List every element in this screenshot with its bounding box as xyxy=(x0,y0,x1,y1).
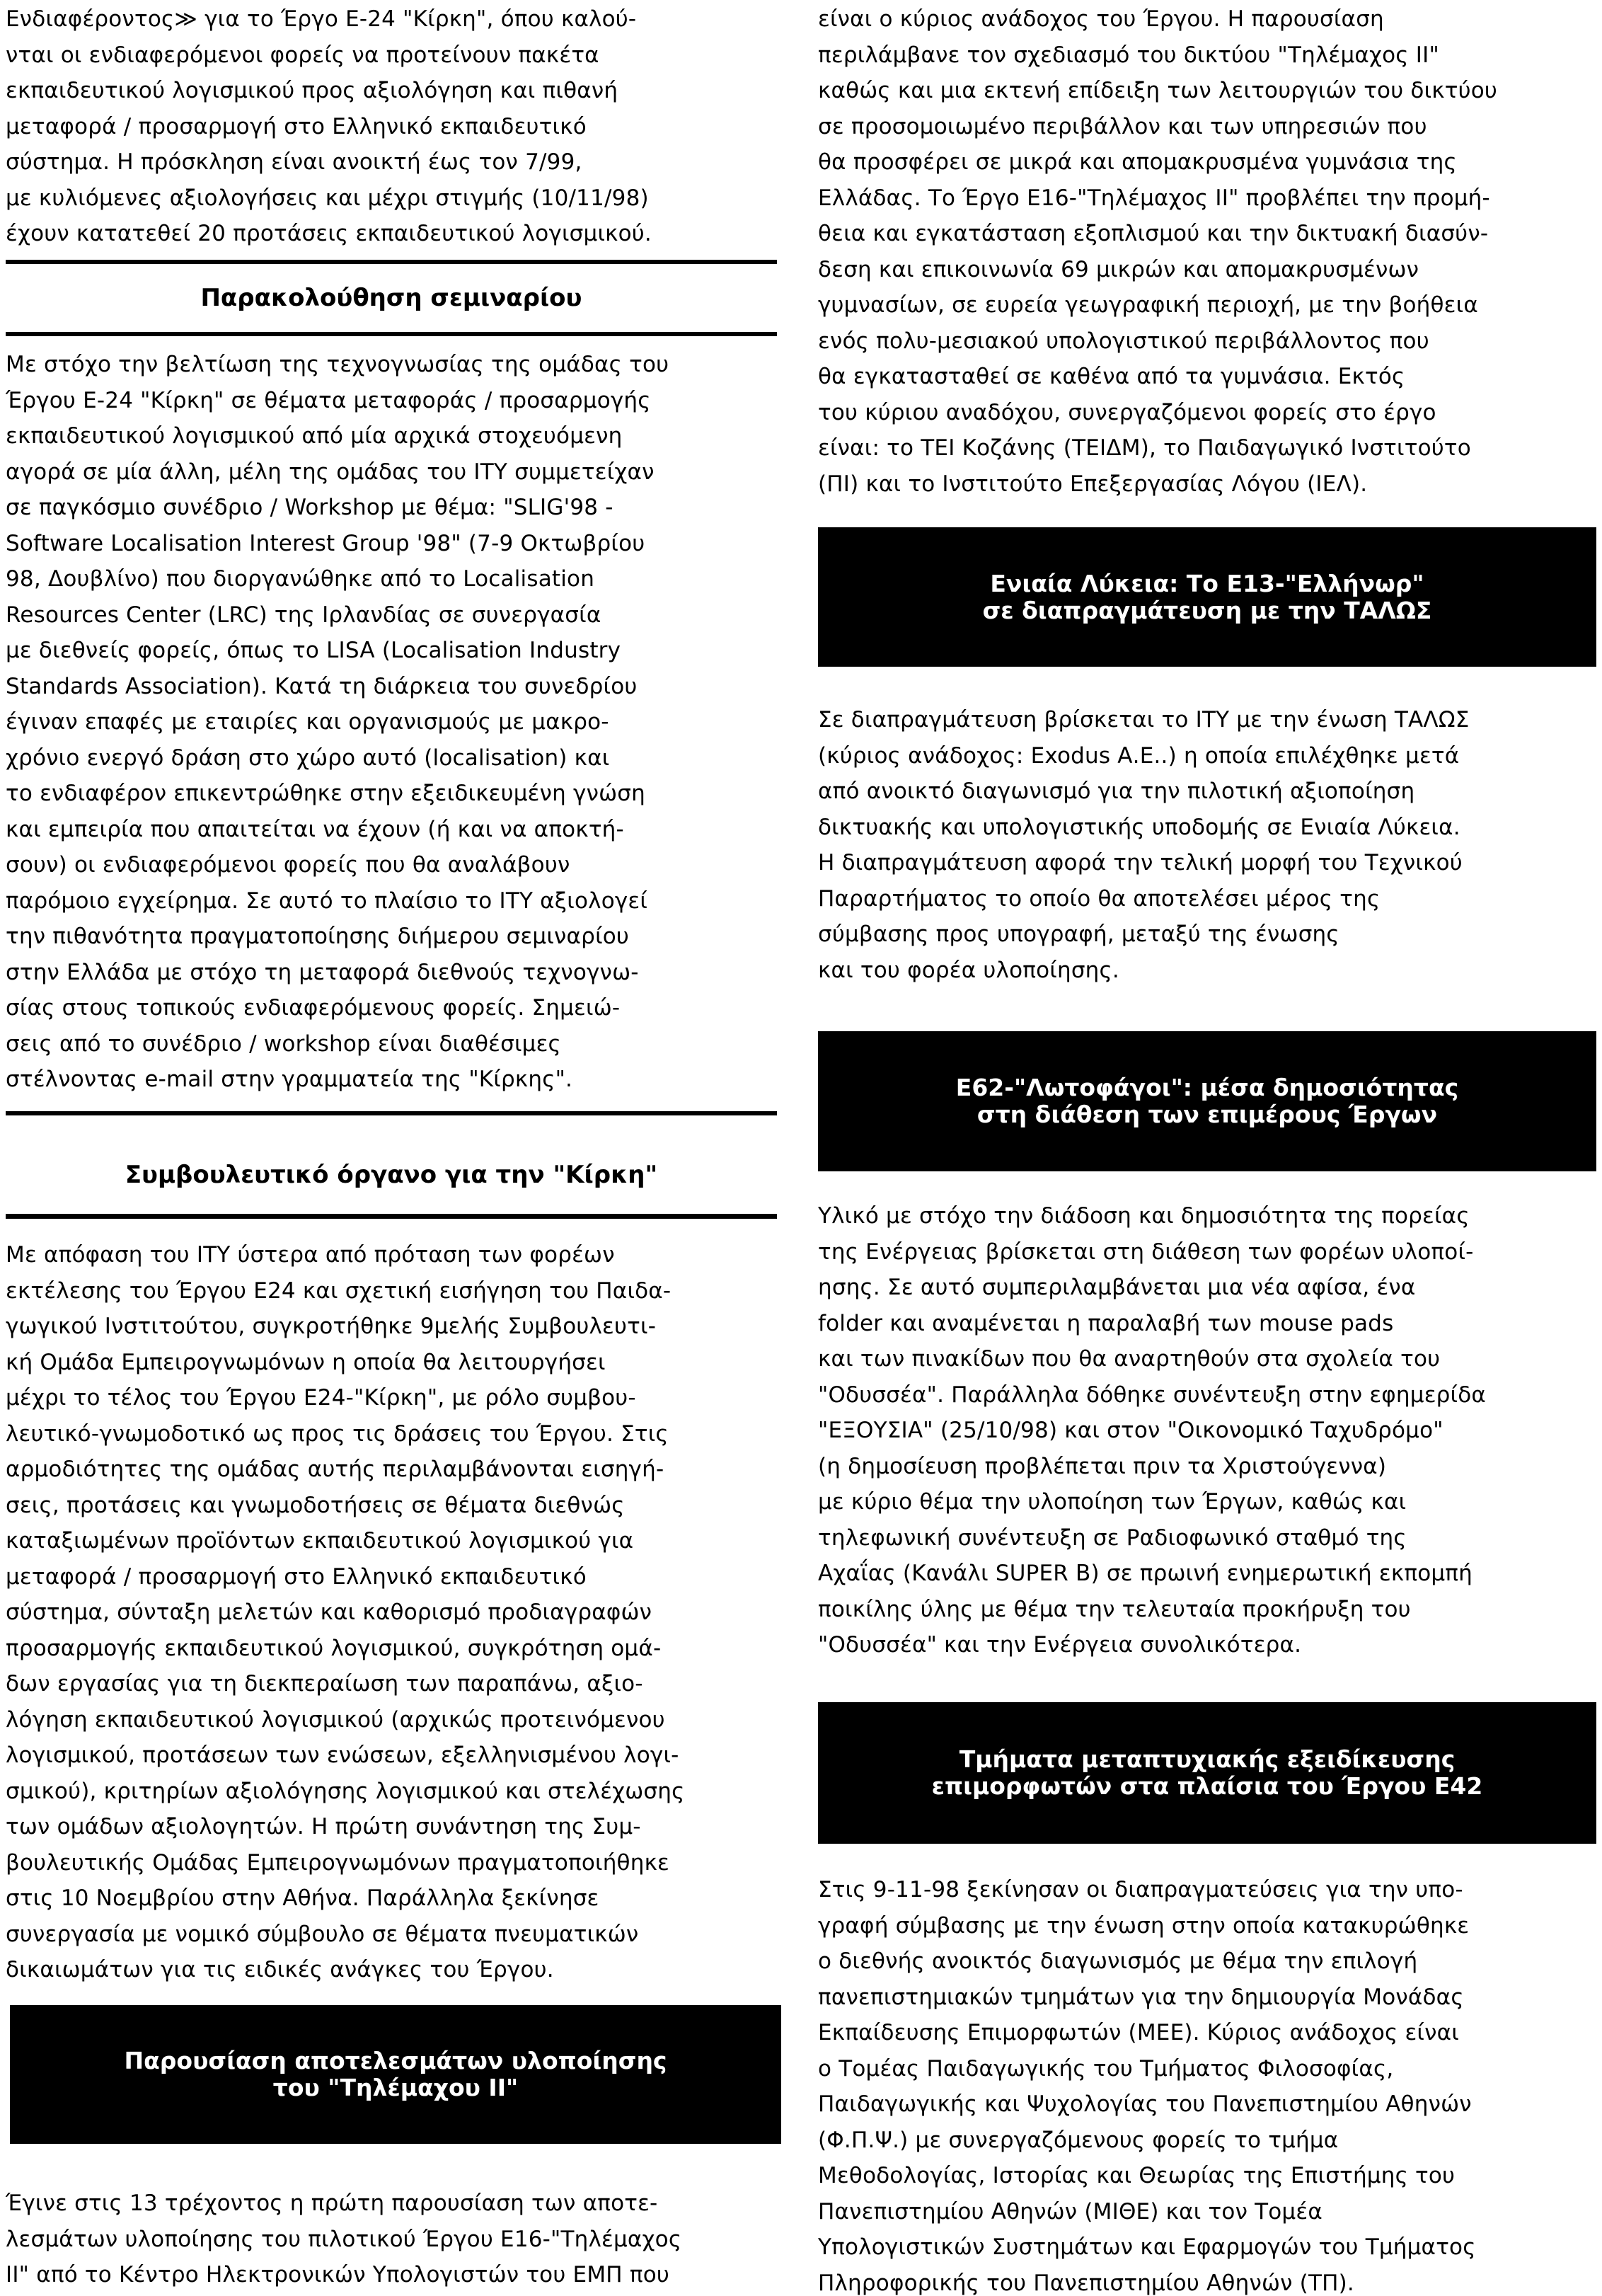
text-line: ποικίλης ύλης με θέμα την τελευταία προκ… xyxy=(818,1592,1596,1628)
text-line: δικαιωμάτων για τις ειδικές ανάγκες του … xyxy=(6,1952,777,1988)
text-line: δικτυακής και υπολογιστικής υποδομής σε … xyxy=(818,810,1596,846)
text-line: μεταφορά / προσαρμογή στο Ελληνικό εκπαι… xyxy=(6,1559,777,1595)
text-line: με διεθνείς φορείς, όπως το LISA (Locali… xyxy=(6,633,777,669)
text-line: λευτικό-γνωμοδοτικό ως προς τις δράσεις … xyxy=(6,1416,777,1452)
text-line: καθώς και μια εκτενή επίδειξη των λειτου… xyxy=(818,73,1596,109)
text-line: μεταφορά / προσαρμογή στο Ελληνικό εκπαι… xyxy=(6,109,777,145)
text-line: χρόνιο ενεργό δράση στο χώρο αυτό (local… xyxy=(6,740,777,776)
text-line: αγορά σε μία άλλη, μέλη της ομάδας του Ι… xyxy=(6,454,777,490)
text-line: folder και αναμένεται η παραλαβή των mou… xyxy=(818,1306,1596,1342)
text-line: είναι: το ΤΕΙ Κοζάνης (ΤΕΙΔΜ), το Παιδαγ… xyxy=(818,430,1596,466)
text-line: του κύριου αναδόχου, συνεργαζόμενοι φορε… xyxy=(818,395,1596,431)
section-heading-text: Τμήματα μεταπτυχιακής εξειδίκευσης xyxy=(818,1746,1596,1773)
text-line: Παραρτήματος το οποίο θα αποτελέσει μέρο… xyxy=(818,881,1596,917)
seminar-paragraph: Με στόχο την βελτίωση της τεχνογνωσίας τ… xyxy=(6,347,777,1098)
text-line: λόγηση εκπαιδευτικού λογισμικού (αρχικώς… xyxy=(6,1702,777,1738)
text-line: και εμπειρία που απαιτείται να έχουν (ή … xyxy=(6,812,777,848)
text-line: έχουν κατατεθεί 20 προτάσεις εκπαιδευτικ… xyxy=(6,216,777,252)
text-line: στις 10 Νοεμβρίου στην Αθήνα. Παράλληλα … xyxy=(6,1881,777,1917)
text-line: Resources Center (LRC) της Ιρλανδίας σε … xyxy=(6,597,777,633)
text-line: το ενδιαφέρον επικεντρώθηκε στην εξειδικ… xyxy=(6,776,777,812)
text-line: της Ενέργειας βρίσκεται στη διάθεση των … xyxy=(818,1234,1596,1270)
text-line: (ΠΙ) και το Ινστιτούτο Επεξεργασίας Λόγο… xyxy=(818,466,1596,503)
text-line: ΙΙ" από το Κέντρο Ηλεκτρονικών Υπολογιστ… xyxy=(6,2257,777,2293)
text-line: πανεπιστημιακών τμημάτων για την δημιουρ… xyxy=(818,1980,1596,2016)
text-line: γραφή σύμβασης με την ένωση στην οποία κ… xyxy=(818,1908,1596,1944)
text-line: "Οδυσσέα". Παράλληλα δόθηκε συνέντευξη σ… xyxy=(818,1377,1596,1413)
text-line: νται οι ενδιαφερόμενοι φορείς να προτείν… xyxy=(6,38,777,74)
text-line: παρόμοιο εγχείρημα. Σε αυτό το πλαίσιο τ… xyxy=(6,883,777,919)
text-line: την πιθανότητα πραγματοποίησης διήμερου … xyxy=(6,919,777,955)
text-line: θα προσφέρει σε μικρά και απομακρυσμένα … xyxy=(818,144,1596,180)
text-line: είναι ο κύριος ανάδοχος του Έργου. Η παρ… xyxy=(818,1,1596,38)
text-line: Στις 9-11-98 ξεκίνησαν οι διαπραγματεύσε… xyxy=(818,1872,1596,1908)
text-line: περιλάμβανε τον σχεδιασμό του δικτύου "Τ… xyxy=(818,38,1596,74)
text-line: δεση και επικοινωνία 69 μικρών και απομα… xyxy=(818,252,1596,288)
text-line: Με στόχο την βελτίωση της τεχνογνωσίας τ… xyxy=(6,347,777,383)
section-heading-text: στη διάθεση των επιμέρους Έργων xyxy=(818,1101,1596,1128)
text-line: βουλευτικής Ομάδας Εμπειρογνωμόνων πραγμ… xyxy=(6,1845,777,1881)
section-heading-seminar: Παρακολούθηση σεμιναρίου xyxy=(6,260,777,336)
text-line: Ελλάδας. Το Έργο Ε16-"Τηλέμαχος ΙΙ" προβ… xyxy=(818,180,1596,217)
text-line: από ανοικτό διαγωνισμό για την πιλοτική … xyxy=(818,774,1596,810)
text-line: Έγινε στις 13 τρέχοντος η πρώτη παρουσία… xyxy=(6,2186,777,2222)
text-line: σε προσομοιωμένο περιβάλλον και των υπηρ… xyxy=(818,109,1596,145)
text-line: σίας στους τοπικούς ενδιαφερόμενους φορε… xyxy=(6,990,777,1026)
text-line: σύμβασης προς υπογραφή, μεταξύ της ένωση… xyxy=(818,917,1596,953)
lotofagoi-paragraph: Υλικό με στόχο την διάδοση και δημοσιότη… xyxy=(818,1198,1596,1663)
text-line: τηλεφωνική συνέντευξη σε Ραδιοφωνικό στα… xyxy=(818,1520,1596,1556)
text-line: "Οδυσσέα" και την Ενέργεια συνολικότερα. xyxy=(818,1627,1596,1663)
text-line: θα εγκατασταθεί σε καθένα από τα γυμνάσι… xyxy=(818,359,1596,395)
text-line: σεις, προτάσεις και γνωμοδοτήσεις σε θέμ… xyxy=(6,1488,777,1524)
text-line: σε παγκόσμιο συνέδριο / Workshop με θέμα… xyxy=(6,490,777,526)
text-line: εκτέλεσης του Έργου Ε24 και σχετική εισή… xyxy=(6,1273,777,1309)
text-line: σουν) οι ενδιαφερόμενοι φορείς που θα αν… xyxy=(6,847,777,883)
text-line: Μεθοδολογίας, Ιστορίας και Θεωρίας της Ε… xyxy=(818,2158,1596,2194)
section-heading-text: Παρακολούθηση σεμιναρίου xyxy=(200,284,582,312)
text-line: Αχαΐας (Κανάλι SUPER B) σε πρωινή ενημερ… xyxy=(818,1556,1596,1592)
text-line: αρμοδιότητες της ομάδας αυτής περιλαμβάν… xyxy=(6,1452,777,1488)
text-line: "ΕΞΟΥΣΙΑ" (25/10/98) και στον "Οικονομικ… xyxy=(818,1413,1596,1449)
text-line: Υπολογιστικών Συστημάτων και Εφαρμογών τ… xyxy=(818,2229,1596,2266)
telemachos-paragraph: Έγινε στις 13 τρέχοντος η πρώτη παρουσία… xyxy=(6,2186,777,2293)
advisory-paragraph: Με απόφαση του ΙΤΥ ύστερα από πρόταση τω… xyxy=(6,1237,777,1988)
text-line: δων εργασίας για τη διεκπεραίωση των παρ… xyxy=(6,1666,777,1702)
text-line: (κύριος ανάδοχος: Exodus Α.Ε..) η οποία … xyxy=(818,738,1596,774)
text-line: Η διαπραγμάτευση αφορά την τελική μορφή … xyxy=(818,845,1596,881)
section-heading-e42: Τμήματα μεταπτυχιακής εξειδίκευσηςεπιμορ… xyxy=(818,1702,1596,1844)
text-line: Έργου Ε-24 "Κίρκη" σε θέματα μεταφοράς /… xyxy=(6,383,777,419)
text-line: στέλνοντας e-mail στην γραμματεία της "Κ… xyxy=(6,1062,777,1098)
text-line: των ομάδων αξιολογητών. Η πρώτη συνάντησ… xyxy=(6,1809,777,1845)
text-line: Υλικό με στόχο την διάδοση και δημοσιότη… xyxy=(818,1198,1596,1234)
text-line: εκπαιδευτικού λογισμικού προς αξιολόγηση… xyxy=(6,73,777,109)
text-line: μέχρι το τέλος του Έργου Ε24-"Κίρκη", με… xyxy=(6,1380,777,1416)
text-line: προσαρμογής εκπαιδευτικού λογισμικού, συ… xyxy=(6,1631,777,1667)
lykeia-paragraph: Σε διαπραγμάτευση βρίσκεται το ΙΤΥ με τη… xyxy=(818,702,1596,988)
text-line: θεια και εγκατάσταση εξοπλισμού και την … xyxy=(818,216,1596,252)
section-divider xyxy=(6,1111,777,1115)
text-line: σύστημα. Η πρόσκληση είναι ανοικτή έως τ… xyxy=(6,144,777,180)
section-heading-text: επιμορφωτών στα πλαίσια του Έργου Ε42 xyxy=(818,1773,1596,1800)
text-line: με κυλιόμενες αξιολογήσεις και μέχρι στι… xyxy=(6,180,777,217)
text-line: εκπαιδευτικού λογισμικού από μία αρχικά … xyxy=(6,418,777,454)
text-line: Standards Association). Κατά τη διάρκεια… xyxy=(6,669,777,705)
text-line: κή Ομάδα Εμπειρογνωμόνων η οποία θα λειτ… xyxy=(6,1345,777,1381)
e42-paragraph: Στις 9-11-98 ξεκίνησαν οι διαπραγματεύσε… xyxy=(818,1872,1596,2296)
section-heading-text: Ε62-"Λωτοφάγοι": μέσα δημοσιότητας xyxy=(818,1074,1596,1101)
text-line: και του φορέα υλοποίησης. xyxy=(818,953,1596,989)
text-line: έγιναν επαφές με εταιρίες και οργανισμού… xyxy=(6,704,777,740)
telemachos-continued-paragraph: είναι ο κύριος ανάδοχος του Έργου. Η παρ… xyxy=(818,1,1596,502)
section-heading-text: Ενιαία Λύκεια: Το Ε13-"Ελλήνωρ" xyxy=(818,570,1596,597)
section-heading-advisory: Συμβουλευτικό όργανο για την "Κίρκη" xyxy=(6,1136,777,1219)
text-line: και των πινακίδων που θα αναρτηθούν στα … xyxy=(818,1341,1596,1377)
text-line: 98, Δουβλίνο) που διοργανώθηκε από το Lo… xyxy=(6,561,777,597)
text-line: Πληροφορικής του Πανεπιστημίου Αθηνών (Τ… xyxy=(818,2266,1596,2296)
intro-paragraph: Ενδιαφέροντος≫ για το Έργο Ε-24 "Κίρκη",… xyxy=(6,1,777,252)
text-line: Software Localisation Interest Group '98… xyxy=(6,526,777,562)
text-line: με κύριο θέμα την υλοποίηση των Έργων, κ… xyxy=(818,1484,1596,1520)
text-line: Με απόφαση του ΙΤΥ ύστερα από πρόταση τω… xyxy=(6,1237,777,1273)
text-line: σμικού), κριτηρίων αξιολόγησης λογισμικο… xyxy=(6,1774,777,1810)
text-line: στην Ελλάδα με στόχο τη μεταφορά διεθνού… xyxy=(6,955,777,991)
section-heading-text: Παρουσίαση αποτελεσμάτων υλοποίησης xyxy=(10,2048,781,2074)
text-line: ο διεθνής ανοικτός διαγωνισμός με θέμα τ… xyxy=(818,1944,1596,1980)
text-line: σεις από το συνέδριο / workshop είναι δι… xyxy=(6,1026,777,1062)
section-heading-lykeia: Ενιαία Λύκεια: Το Ε13-"Ελλήνωρ"σε διαπρα… xyxy=(818,527,1596,667)
section-heading-lotofagoi: Ε62-"Λωτοφάγοι": μέσα δημοσιότηταςστη δι… xyxy=(818,1031,1596,1171)
section-heading-text: Συμβουλευτικό όργανο για την "Κίρκη" xyxy=(125,1161,657,1189)
text-line: συνεργασία με νομικό σύμβουλο σε θέματα … xyxy=(6,1917,777,1953)
text-line: Εκπαίδευσης Επιμορφωτών (ΜΕΕ). Κύριος αν… xyxy=(818,2015,1596,2051)
text-line: καταξιωμένων προϊόντων εκπαιδευτικού λογ… xyxy=(6,1523,777,1559)
text-line: Πανεπιστημίου Αθηνών (ΜΙΘΕ) και τον Τομέ… xyxy=(818,2194,1596,2230)
section-heading-text: του "Τηλέμαχου ΙΙ" xyxy=(10,2074,781,2101)
text-line: Ενδιαφέροντος≫ για το Έργο Ε-24 "Κίρκη",… xyxy=(6,1,777,38)
text-line: γωγικού Ινστιτούτου, συγκροτήθηκε 9μελής… xyxy=(6,1309,777,1345)
text-line: Σε διαπραγμάτευση βρίσκεται το ΙΤΥ με τη… xyxy=(818,702,1596,738)
text-line: λεσμάτων υλοποίησης του πιλοτικού Έργου … xyxy=(6,2222,777,2258)
text-line: (Φ.Π.Ψ.) με συνεργαζόμενους φορείς το τμ… xyxy=(818,2123,1596,2159)
text-line: γυμνασίων, σε ευρεία γεωγραφική περιοχή,… xyxy=(818,287,1596,323)
text-line: σύστημα, σύνταξη μελετών και καθορισμό π… xyxy=(6,1595,777,1631)
section-heading-text: σε διαπραγμάτευση με την ΤΑΛΩΣ xyxy=(818,597,1596,624)
text-line: ο Τομέας Παιδαγωγικής του Τμήματος Φιλοσ… xyxy=(818,2051,1596,2087)
text-line: ησης. Σε αυτό συμπεριλαμβάνεται μια νέα … xyxy=(818,1270,1596,1306)
text-line: ενός πολυ-μεσιακού υπολογιστικού περιβάλ… xyxy=(818,323,1596,360)
text-line: Παιδαγωγικής και Ψυχολογίας του Πανεπιστ… xyxy=(818,2087,1596,2123)
text-line: λογισμικού, προτάσεων των ενώσεων, εξελλ… xyxy=(6,1738,777,1774)
text-line: (η δημοσίευση προβλέπεται πριν τα Χριστο… xyxy=(818,1449,1596,1485)
section-heading-telemachos: Παρουσίαση αποτελεσμάτων υλοποίησηςτου "… xyxy=(10,2005,781,2144)
